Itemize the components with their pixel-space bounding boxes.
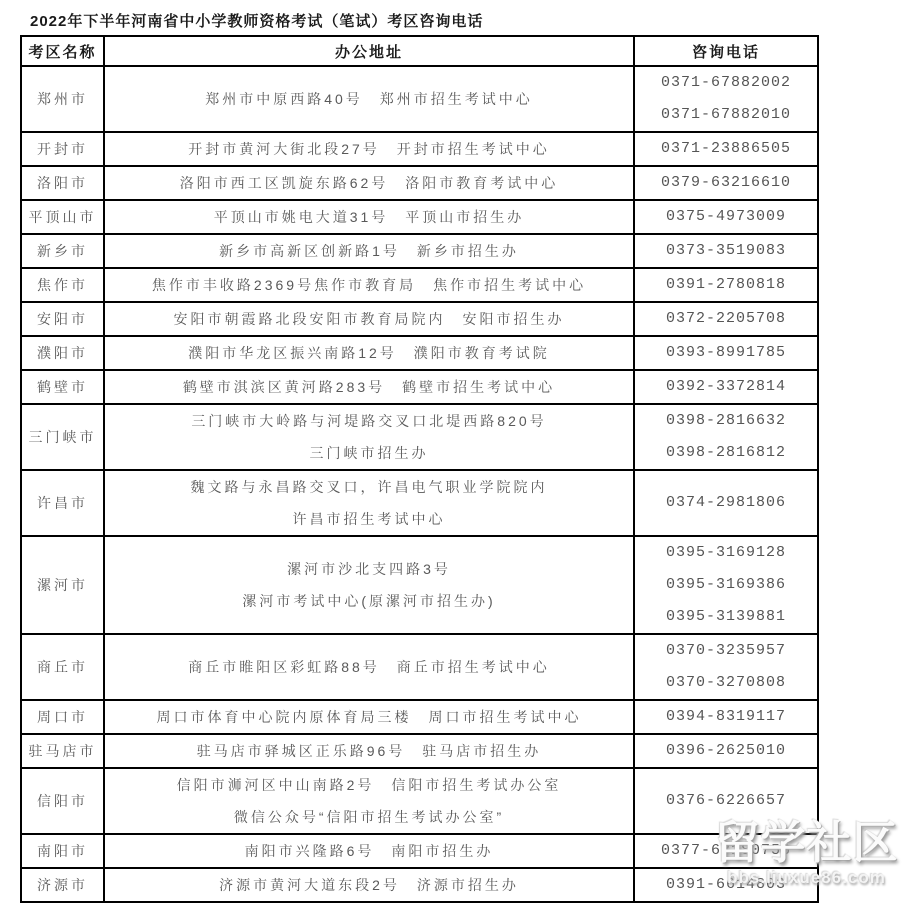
address-line: 平顶山市姚电大道31号 平顶山市招生办 (105, 201, 633, 233)
address-line: 鹤壁市淇滨区黄河路283号 鹤壁市招生考试中心 (105, 371, 633, 403)
address-line: 微信公众号“信阳市招生考试办公室” (105, 801, 633, 833)
district-cell: 信阳市 (21, 768, 104, 834)
phone-line: 0372-2205708 (635, 303, 817, 335)
address-cell: 魏文路与永昌路交叉口，许昌电气职业学院院内许昌市招生考试中心 (104, 470, 634, 536)
table-row: 郑州市郑州市中原西路40号 郑州市招生考试中心0371-678820020371… (21, 66, 818, 132)
phone-line: 0398-2816812 (635, 437, 817, 469)
phone-cell: 0398-28166320398-2816812 (634, 404, 818, 470)
phone-line: 0379-63216610 (635, 167, 817, 199)
district-cell: 漯河市 (21, 536, 104, 634)
phone-cell: 0393-8991785 (634, 336, 818, 370)
phone-line: 0371-67882010 (635, 99, 817, 131)
address-cell: 周口市体育中心院内原体育局三楼 周口市招生考试中心 (104, 700, 634, 734)
phone-cell: 0391-6614803 (634, 868, 818, 902)
address-line: 济源市黄河大道东段2号 济源市招生办 (105, 869, 633, 901)
phone-line: 0391-2780818 (635, 269, 817, 301)
phone-line: 0395-3139881 (635, 601, 817, 633)
address-cell: 南阳市兴隆路6号 南阳市招生办 (104, 834, 634, 868)
phone-line: 0370-3235957 (635, 635, 817, 667)
address-cell: 鹤壁市淇滨区黄河路283号 鹤壁市招生考试中心 (104, 370, 634, 404)
district-cell: 焦作市 (21, 268, 104, 302)
address-cell: 新乡市高新区创新路1号 新乡市招生办 (104, 234, 634, 268)
table-row: 新乡市新乡市高新区创新路1号 新乡市招生办0373-3519083 (21, 234, 818, 268)
phone-cell: 0371-23886505 (634, 132, 818, 166)
phone-line: 0374-2981806 (635, 487, 817, 519)
phone-cell: 0373-3519083 (634, 234, 818, 268)
phone-line: 0373-3519083 (635, 235, 817, 267)
address-line: 濮阳市华龙区振兴南路12号 濮阳市教育考试院 (105, 337, 633, 369)
phone-cell: 0379-63216610 (634, 166, 818, 200)
district-cell: 济源市 (21, 868, 104, 902)
phone-cell: 0394-8319117 (634, 700, 818, 734)
header-district: 考区名称 (21, 36, 104, 66)
phone-cell: 0377-63180756 (634, 834, 818, 868)
exam-district-phone-table: 考区名称 办公地址 咨询电话 郑州市郑州市中原西路40号 郑州市招生考试中心03… (20, 35, 819, 903)
table-row: 驻马店市驻马店市驿城区正乐路96号 驻马店市招生办0396-2625010 (21, 734, 818, 768)
table-row: 南阳市南阳市兴隆路6号 南阳市招生办0377-63180756 (21, 834, 818, 868)
address-line: 郑州市中原西路40号 郑州市招生考试中心 (105, 83, 633, 115)
address-cell: 安阳市朝霞路北段安阳市教育局院内 安阳市招生办 (104, 302, 634, 336)
table-row: 濮阳市濮阳市华龙区振兴南路12号 濮阳市教育考试院0393-8991785 (21, 336, 818, 370)
phone-line: 0376-6226657 (635, 785, 817, 817)
phone-line: 0398-2816632 (635, 405, 817, 437)
address-line: 开封市黄河大街北段27号 开封市招生考试中心 (105, 133, 633, 165)
district-cell: 三门峡市 (21, 404, 104, 470)
phone-cell: 0376-6226657 (634, 768, 818, 834)
table-row: 安阳市安阳市朝霞路北段安阳市教育局院内 安阳市招生办0372-2205708 (21, 302, 818, 336)
district-cell: 开封市 (21, 132, 104, 166)
district-cell: 南阳市 (21, 834, 104, 868)
district-cell: 濮阳市 (21, 336, 104, 370)
address-cell: 商丘市睢阳区彩虹路88号 商丘市招生考试中心 (104, 634, 634, 700)
phone-cell: 0391-2780818 (634, 268, 818, 302)
address-line: 三门峡市招生办 (105, 437, 633, 469)
address-line: 漯河市考试中心(原漯河市招生办) (105, 585, 633, 617)
table-row: 许昌市魏文路与永昌路交叉口，许昌电气职业学院院内许昌市招生考试中心0374-29… (21, 470, 818, 536)
table-row: 开封市开封市黄河大街北段27号 开封市招生考试中心0371-23886505 (21, 132, 818, 166)
phone-cell: 0371-678820020371-67882010 (634, 66, 818, 132)
address-cell: 洛阳市西工区凯旋东路62号 洛阳市教育考试中心 (104, 166, 634, 200)
address-line: 洛阳市西工区凯旋东路62号 洛阳市教育考试中心 (105, 167, 633, 199)
table-row: 平顶山市平顶山市姚电大道31号 平顶山市招生办0375-4973009 (21, 200, 818, 234)
address-line: 漯河市沙北支四路3号 (105, 553, 633, 585)
phone-line: 0391-6614803 (635, 869, 817, 901)
address-cell: 驻马店市驿城区正乐路96号 驻马店市招生办 (104, 734, 634, 768)
address-line: 驻马店市驿城区正乐路96号 驻马店市招生办 (105, 735, 633, 767)
address-line: 周口市体育中心院内原体育局三楼 周口市招生考试中心 (105, 701, 633, 733)
page-title: 2022年下半年河南省中小学教师资格考试（笔试）考区咨询电话 (0, 0, 906, 31)
district-cell: 驻马店市 (21, 734, 104, 768)
district-cell: 郑州市 (21, 66, 104, 132)
table-row: 洛阳市洛阳市西工区凯旋东路62号 洛阳市教育考试中心0379-63216610 (21, 166, 818, 200)
address-line: 魏文路与永昌路交叉口，许昌电气职业学院院内 (105, 471, 633, 503)
header-row: 考区名称 办公地址 咨询电话 (21, 36, 818, 66)
phone-line: 0370-3270808 (635, 667, 817, 699)
phone-line: 0377-63180756 (635, 835, 817, 867)
table-row: 漯河市漯河市沙北支四路3号漯河市考试中心(原漯河市招生办)0395-316912… (21, 536, 818, 634)
phone-line: 0392-3372814 (635, 371, 817, 403)
phone-cell: 0375-4973009 (634, 200, 818, 234)
address-line: 新乡市高新区创新路1号 新乡市招生办 (105, 235, 633, 267)
address-line: 安阳市朝霞路北段安阳市教育局院内 安阳市招生办 (105, 303, 633, 335)
district-cell: 周口市 (21, 700, 104, 734)
address-line: 焦作市丰收路2369号焦作市教育局 焦作市招生考试中心 (105, 269, 633, 301)
address-cell: 济源市黄河大道东段2号 济源市招生办 (104, 868, 634, 902)
address-cell: 郑州市中原西路40号 郑州市招生考试中心 (104, 66, 634, 132)
phone-cell: 0370-32359570370-3270808 (634, 634, 818, 700)
phone-line: 0375-4973009 (635, 201, 817, 233)
table-row: 鹤壁市鹤壁市淇滨区黄河路283号 鹤壁市招生考试中心0392-3372814 (21, 370, 818, 404)
address-cell: 三门峡市大岭路与河堤路交叉口北堤西路820号三门峡市招生办 (104, 404, 634, 470)
phone-line: 0396-2625010 (635, 735, 817, 767)
phone-cell: 0372-2205708 (634, 302, 818, 336)
phone-line: 0394-8319117 (635, 701, 817, 733)
phone-line: 0395-3169386 (635, 569, 817, 601)
address-cell: 濮阳市华龙区振兴南路12号 濮阳市教育考试院 (104, 336, 634, 370)
header-address: 办公地址 (104, 36, 634, 66)
address-cell: 开封市黄河大街北段27号 开封市招生考试中心 (104, 132, 634, 166)
phone-line: 0371-23886505 (635, 133, 817, 165)
phone-line: 0371-67882002 (635, 67, 817, 99)
address-cell: 漯河市沙北支四路3号漯河市考试中心(原漯河市招生办) (104, 536, 634, 634)
phone-line: 0395-3169128 (635, 537, 817, 569)
district-cell: 平顶山市 (21, 200, 104, 234)
table-row: 商丘市商丘市睢阳区彩虹路88号 商丘市招生考试中心0370-3235957037… (21, 634, 818, 700)
table-row: 信阳市信阳市浉河区中山南路2号 信阳市招生考试办公室微信公众号“信阳市招生考试办… (21, 768, 818, 834)
district-cell: 安阳市 (21, 302, 104, 336)
address-line: 南阳市兴隆路6号 南阳市招生办 (105, 835, 633, 867)
phone-line: 0393-8991785 (635, 337, 817, 369)
address-line: 许昌市招生考试中心 (105, 503, 633, 535)
phone-cell: 0395-31691280395-31693860395-3139881 (634, 536, 818, 634)
address-line: 信阳市浉河区中山南路2号 信阳市招生考试办公室 (105, 769, 633, 801)
district-cell: 新乡市 (21, 234, 104, 268)
phone-cell: 0396-2625010 (634, 734, 818, 768)
address-cell: 平顶山市姚电大道31号 平顶山市招生办 (104, 200, 634, 234)
table-row: 周口市周口市体育中心院内原体育局三楼 周口市招生考试中心0394-8319117 (21, 700, 818, 734)
address-line: 三门峡市大岭路与河堤路交叉口北堤西路820号 (105, 405, 633, 437)
address-cell: 焦作市丰收路2369号焦作市教育局 焦作市招生考试中心 (104, 268, 634, 302)
table-row: 焦作市焦作市丰收路2369号焦作市教育局 焦作市招生考试中心0391-27808… (21, 268, 818, 302)
district-cell: 许昌市 (21, 470, 104, 536)
phone-cell: 0374-2981806 (634, 470, 818, 536)
address-line: 商丘市睢阳区彩虹路88号 商丘市招生考试中心 (105, 651, 633, 683)
district-cell: 商丘市 (21, 634, 104, 700)
table-row: 济源市济源市黄河大道东段2号 济源市招生办0391-6614803 (21, 868, 818, 902)
phone-cell: 0392-3372814 (634, 370, 818, 404)
address-cell: 信阳市浉河区中山南路2号 信阳市招生考试办公室微信公众号“信阳市招生考试办公室” (104, 768, 634, 834)
district-cell: 鹤壁市 (21, 370, 104, 404)
header-phone: 咨询电话 (634, 36, 818, 66)
table-row: 三门峡市三门峡市大岭路与河堤路交叉口北堤西路820号三门峡市招生办0398-28… (21, 404, 818, 470)
district-cell: 洛阳市 (21, 166, 104, 200)
